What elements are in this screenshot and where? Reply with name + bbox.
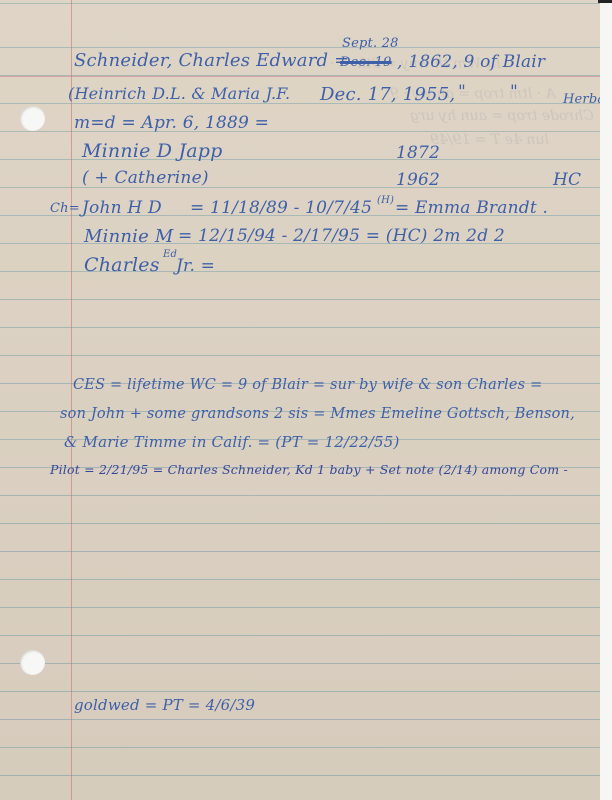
child-note: (H) [377, 195, 394, 206]
parents: (Heinrich D.L. & Maria J.F. [68, 84, 290, 103]
spouse-birth-year: 1872 [396, 143, 440, 163]
note-line: son John + some grandsons 2 sis = Mmes E… [60, 406, 575, 422]
footer-note: goldwed = PT = 4/6/39 [74, 696, 255, 714]
child-note: Ed [163, 249, 177, 260]
spouse-name: Minnie D Japp [82, 140, 223, 162]
punch-hole [20, 650, 45, 675]
margin-line [71, 0, 72, 800]
subject-name: Schneider, Charles Edward = [74, 50, 349, 71]
ruled-paper: Ilt Wm th wny = 9th · · · A · ltm trop =… [0, 0, 600, 800]
bleed-through-text: lun 4e T = 19/49 [430, 132, 549, 148]
punch-hole [20, 106, 45, 131]
note-line: CES = lifetime WC = 9 of Blair = sur by … [73, 377, 542, 393]
children-label: Ch= [50, 201, 80, 216]
child-suffix: Jr. = [176, 256, 215, 276]
child-name: Minnie M [84, 226, 174, 247]
ditto-mark: " [458, 82, 466, 102]
struck-birth-date: Dec. 19 [340, 55, 392, 70]
child-dates: = 12/15/94 - 2/17/95 = (HC) 2m 2d 2 [178, 226, 505, 246]
spouse-death-year: 1962 [396, 170, 440, 190]
birth-correction: Sept. 28 [342, 36, 399, 51]
death-date: Dec. 17, 1955, [320, 84, 455, 105]
child-name: John H D [82, 198, 162, 218]
note-line: & Marie Timme in Calif. = (PT = 12/22/55… [64, 433, 400, 451]
header-rule [0, 76, 600, 77]
scan-corner [598, 0, 612, 3]
bleed-through-text: + Chrode trop = aun hy urg [410, 108, 610, 124]
ditto-mark: " [510, 82, 518, 102]
scan-edge [600, 0, 612, 800]
margin-note-hc: HC [553, 170, 581, 190]
spouse-alias: ( + Catherine) [82, 168, 209, 188]
child-name: Charles [84, 254, 160, 276]
marriage-date: m=d = Apr. 6, 1889 = [74, 113, 269, 133]
child-dates: = 11/18/89 - 10/7/45 [190, 198, 372, 218]
note-line: Pilot = 2/21/95 = Charles Schneider, Kd … [50, 462, 568, 477]
birth-rest: , 1862, 9 of Blair [397, 52, 545, 72]
child-spouse: = Emma Brandt . [395, 198, 548, 218]
